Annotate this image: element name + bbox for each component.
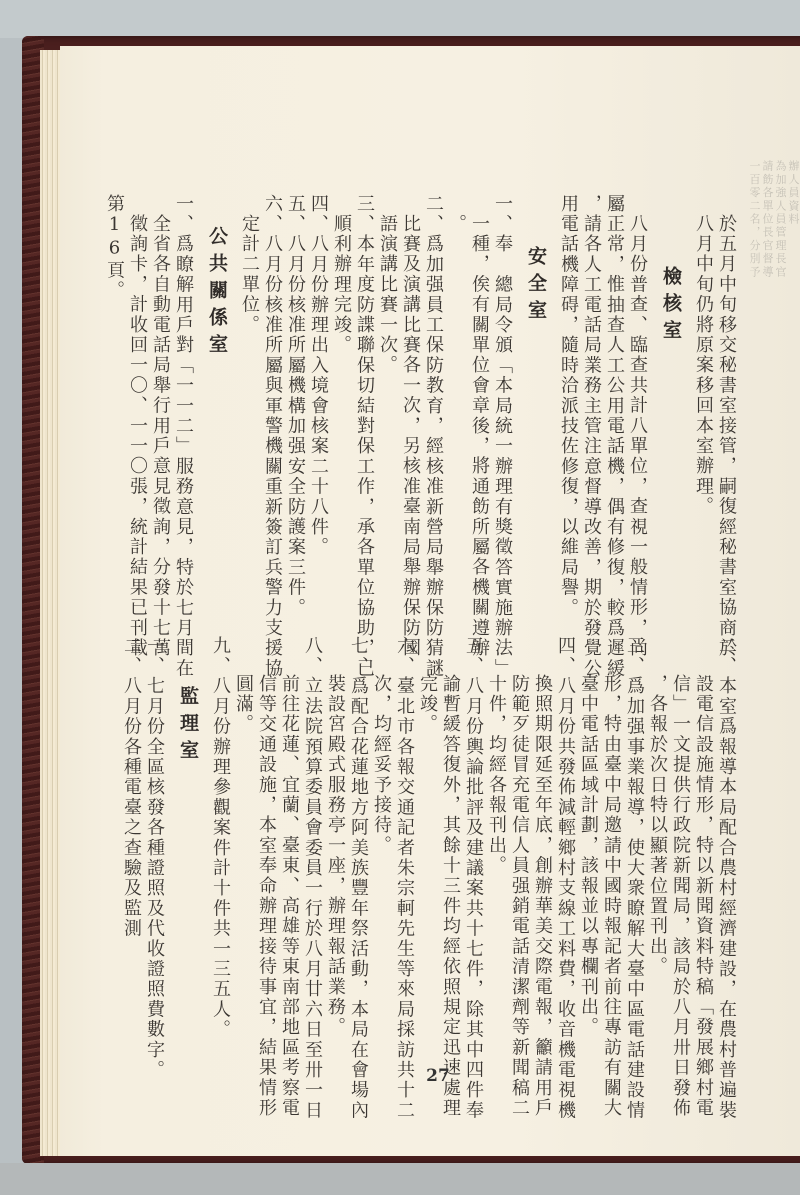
paragraph-line: 八月份普查、臨查共計八單位，查視一般情形，尚 xyxy=(626,176,649,616)
list-item-line: 二、八月份各種電臺之查驗及監測 xyxy=(120,636,143,1056)
paragraph-line: 屬正常，惟抽查人工公用電話機，偶有修復，較爲遲緩 xyxy=(603,176,626,616)
list-item-line: 五、八月份核准所屬機構加强安全防護案三件。 xyxy=(284,176,307,616)
list-item-line: 前往花蓮、宜蘭、臺東、高雄等東南部地區考察電 xyxy=(278,636,301,1056)
list-item-line: 定計二單位。 xyxy=(238,176,261,616)
heading-public-relations: 公共關係室 xyxy=(205,176,228,616)
list-item-line: 九、八月份辦理參觀案件計十件共一三五人。 xyxy=(209,636,232,1056)
list-item-line: 三、本年度防諜聯保切結對保工作，承各單位協助，已 xyxy=(353,176,376,616)
list-item-line: 形，特由臺中局邀請中國時報記者前往專訪有關大 xyxy=(600,636,623,1056)
continuation-line: 於五月中旬移交秘書室接管，嗣復經秘書室協商於 xyxy=(715,176,738,616)
list-item-line: 全省各自動電話局舉行用戶意見徵詢，分發十七萬 xyxy=(149,176,172,616)
list-item-line: 六、八月份核准所屬與軍警機關重新簽訂兵警力支援協 xyxy=(261,176,284,616)
backdrop-bottom xyxy=(0,1163,800,1195)
list-item-line: 七、爲配合花蓮地方阿美族豐年祭活動，本局在會場內 xyxy=(347,636,370,1056)
list-item-line: 完竣。 xyxy=(416,636,439,1056)
list-item-line: 防範歹徒冒充電信人員强銷電話清潔劑等新聞稿二 xyxy=(508,636,531,1056)
list-item-line: 圓滿。 xyxy=(232,636,255,1056)
heading-inspection: 檢核室 xyxy=(659,176,682,616)
list-item-line: 換照期限延至年底，創辦華美交際電報，籲請用戶 xyxy=(531,636,554,1056)
list-item-line: 設電信設施情形，特以新聞資料特稿「發展鄉村電 xyxy=(692,636,715,1056)
list-item-line: 八、立法院預算委員會委員一行於八月廿六日至卅一日 xyxy=(301,636,324,1056)
list-item-line: 信等交通設施，本室奉命辦理接待事宜，結果情形 xyxy=(255,636,278,1056)
list-item-line: 一、奉 總局令頒「本局統一辦理有獎徵答實施辦法」 xyxy=(491,176,514,616)
bottom-text-block: 二、本室爲報導本局配合農村經濟建設，在農村普遍裝 設電信設施情形，特以新聞資料特… xyxy=(120,636,738,1056)
list-item-line: 裝設宮殿式服務亭一座，辦理報話業務。 xyxy=(324,636,347,1056)
continuation-line: 八月中旬仍將原案移回本室辦理。 xyxy=(692,176,715,616)
list-item-line: 。 xyxy=(445,176,468,616)
list-item-line: 十件，均經各報刊出。 xyxy=(485,636,508,1056)
list-item-line: 二、爲加强員工保防教育，經核准新營局舉辦保防猜謎 xyxy=(422,176,445,616)
list-item-line: 四、八月份共發佈減輕鄉村支線工料費，收音機電視機 xyxy=(554,636,577,1056)
paragraph-line: 用電話機障碍，隨時洽派技佐修復，以維局譽。 xyxy=(557,176,580,616)
list-item-line: 第16頁。 xyxy=(103,176,126,616)
heading-security: 安全室 xyxy=(524,176,547,616)
list-item-line: 語演講比賽一次。 xyxy=(376,176,399,616)
list-item-line: 臺中電話區域計劃，該報並以專欄刊出。 xyxy=(577,636,600,1056)
list-item-line: ，各報於次日特以顯著位置刊出。 xyxy=(646,636,669,1056)
list-item-line: 五、八月份輿論批評及建議案共十七件，除其中四件奉 xyxy=(462,636,485,1056)
list-item-line: 徵詢卡，計收回一〇、一一〇張，統計結果已刊載 xyxy=(126,176,149,616)
list-item-line: 信」一文提供行政院新聞局，該局於八月卅日發佈 xyxy=(669,636,692,1056)
page-number: 27 xyxy=(418,1066,458,1086)
list-item-line: 一、爲瞭解用戶對「一一二」服務意見，特於七月間在 xyxy=(172,176,195,616)
list-item-line: 諭暫緩答復外，其餘十三件均經依照規定迅速處理 xyxy=(439,636,462,1056)
list-item-line: 三、爲加强事業報導，使大衆瞭解大臺中區電話建設情 xyxy=(623,636,646,1056)
list-item-line: 二、本室爲報導本局配合農村經濟建設，在農村普遍裝 xyxy=(715,636,738,1056)
list-item-line: 次，均經妥予接待。 xyxy=(370,636,393,1056)
top-text-block: 於五月中旬移交秘書室接管，嗣復經秘書室協商於 八月中旬仍將原案移回本室辦理。 檢… xyxy=(103,176,738,616)
heading-supervision: 監理室 xyxy=(176,636,199,1056)
backdrop xyxy=(0,0,800,38)
list-item-line: 一、七月份全區核發各種證照及代收證照費數字。 xyxy=(143,636,166,1056)
list-item-line: 四、八月份辦理出入境會核案二十八件。 xyxy=(307,176,330,616)
list-item-line: 一種，俟有關單位會章後，將通飭所屬各機關遵辦 xyxy=(468,176,491,616)
bleed-through-text: 辦人員資料 為加強人員管理長官 請飭各單位長官督導 一百零二名，分別予 xyxy=(748,160,800,630)
paragraph-line: ，請各人工電話局業務主管注意督導改善，期於發覺公 xyxy=(580,176,603,616)
list-item-line: 順利辦理完竣。 xyxy=(330,176,353,616)
list-item-line: 比賽及演講比賽各一次，另核准臺南局舉辦保防國 xyxy=(399,176,422,616)
list-item-line: 六、臺北市各報交通記者朱宗軻先生等來局採訪共十二 xyxy=(393,636,416,1056)
